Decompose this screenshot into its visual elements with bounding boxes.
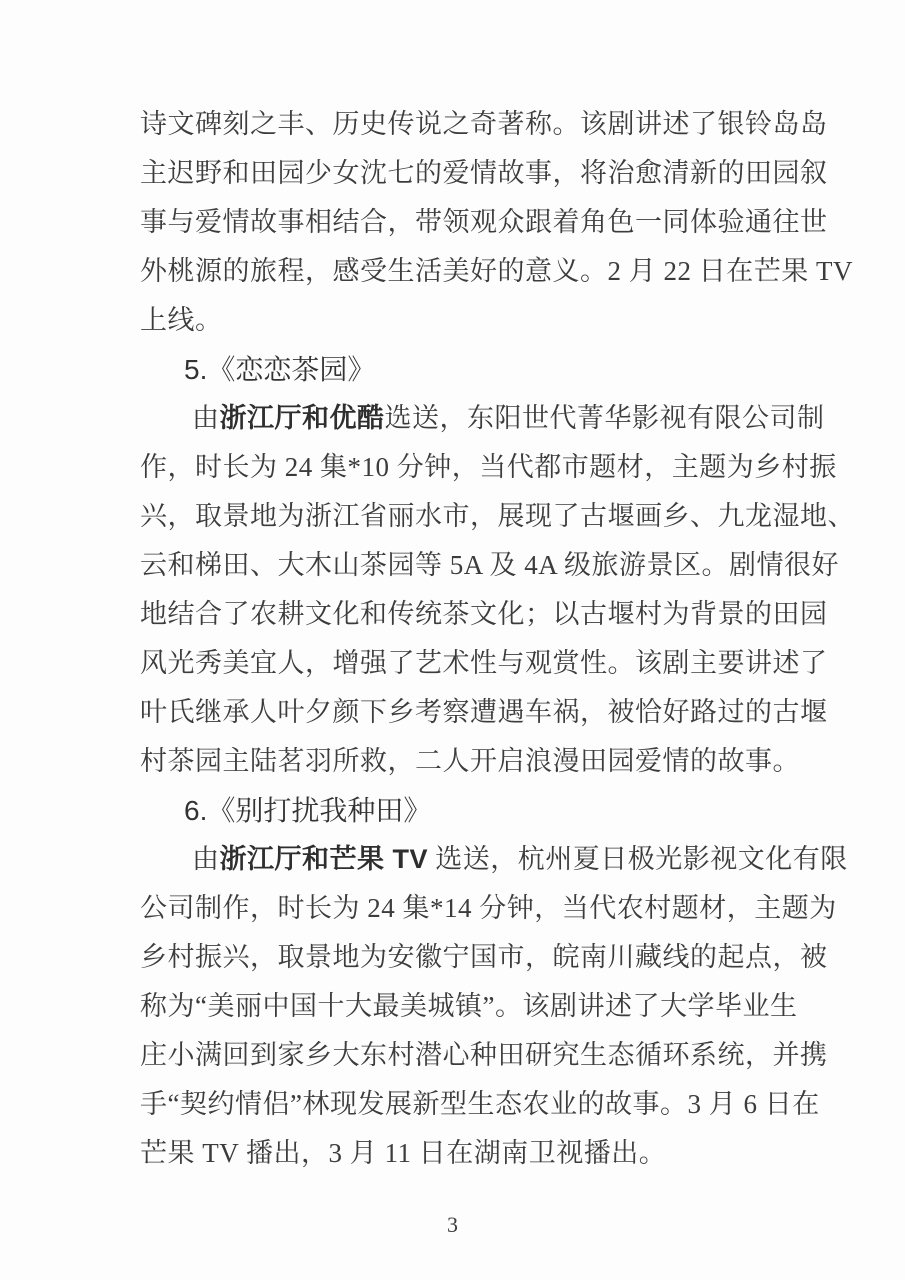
text-line: 地结合了农耕文化和传统茶文化；以古堰村为背景的田园 bbox=[140, 590, 770, 639]
text-line: 风光秀美宜人，增强了艺术性与观赏性。该剧主要讲述了 bbox=[140, 639, 770, 688]
section-6-heading: 6.《别打扰我种田》 bbox=[140, 786, 770, 835]
section-5-heading: 5.《恋恋茶园》 bbox=[140, 345, 770, 394]
text-line: 主迟野和田园少女沈七的爱情故事，将治愈清新的田园叙 bbox=[140, 149, 770, 198]
bold-submitter-name: 浙江厅和优酷 bbox=[220, 403, 385, 433]
text-line: 乡村振兴，取景地为安徽宁国市，皖南川藏线的起点，被 bbox=[140, 933, 770, 982]
text-segment: 选送，杭州夏日极光影视文化有限 bbox=[428, 844, 848, 874]
text-line: 手“契约情侣”林现发展新型生态农业的故事。3 月 6 日在 bbox=[140, 1080, 770, 1129]
paragraph-section-6: 由浙江厅和芒果 TV 选送，杭州夏日极光影视文化有限 公司制作，时长为 24 集… bbox=[140, 835, 770, 1178]
text-line: 作，时长为 24 集*10 分钟，当代都市题材，主题为乡村振 bbox=[140, 443, 770, 492]
text-line: 由浙江厅和芒果 TV 选送，杭州夏日极光影视文化有限 bbox=[140, 835, 770, 884]
text-line: 兴，取景地为浙江省丽水市，展现了古堰画乡、九龙湿地、 bbox=[140, 492, 770, 541]
page-number: 3 bbox=[0, 1212, 905, 1238]
text-line: 事与爱情故事相结合，带领观众跟着角色一同体验通往世 bbox=[140, 198, 770, 247]
text-segment: 由 bbox=[192, 844, 220, 874]
paragraph-intro: 诗文碑刻之丰、历史传说之奇著称。该剧讲述了银铃岛岛 主迟野和田园少女沈七的爱情故… bbox=[140, 100, 770, 345]
document-content: 诗文碑刻之丰、历史传说之奇著称。该剧讲述了银铃岛岛 主迟野和田园少女沈七的爱情故… bbox=[140, 100, 770, 1178]
text-line: 由浙江厅和优酷选送，东阳世代菁华影视有限公司制 bbox=[140, 394, 770, 443]
text-line: 称为“美丽中国十大最美城镇”。该剧讲述了大学毕业生 bbox=[140, 982, 770, 1031]
text-line: 芒果 TV 播出，3 月 11 日在湖南卫视播出。 bbox=[140, 1129, 770, 1178]
text-line: 叶氏继承人叶夕颜下乡考察遭遇车祸，被恰好路过的古堰 bbox=[140, 688, 770, 737]
text-line: 上线。 bbox=[140, 296, 770, 345]
text-line: 外桃源的旅程，感受生活美好的意义。2 月 22 日在芒果 TV bbox=[140, 247, 770, 296]
document-page: 诗文碑刻之丰、历史传说之奇著称。该剧讲述了银铃岛岛 主迟野和田园少女沈七的爱情故… bbox=[0, 0, 905, 1280]
text-line: 庄小满回到家乡大东村潜心种田研究生态循环系统，并携 bbox=[140, 1031, 770, 1080]
bold-submitter-name: 浙江厅和芒果 TV bbox=[220, 844, 429, 874]
text-segment: 由 bbox=[192, 403, 220, 433]
text-line: 云和梯田、大木山茶园等 5A 及 4A 级旅游景区。剧情很好 bbox=[140, 541, 770, 590]
paragraph-section-5: 由浙江厅和优酷选送，东阳世代菁华影视有限公司制 作，时长为 24 集*10 分钟… bbox=[140, 394, 770, 786]
text-line: 公司制作，时长为 24 集*14 分钟，当代农村题材，主题为 bbox=[140, 884, 770, 933]
text-line: 诗文碑刻之丰、历史传说之奇著称。该剧讲述了银铃岛岛 bbox=[140, 100, 770, 149]
text-segment: 选送，东阳世代菁华影视有限公司制 bbox=[385, 403, 825, 433]
text-line: 村茶园主陆茗羽所救，二人开启浪漫田园爱情的故事。 bbox=[140, 737, 770, 786]
